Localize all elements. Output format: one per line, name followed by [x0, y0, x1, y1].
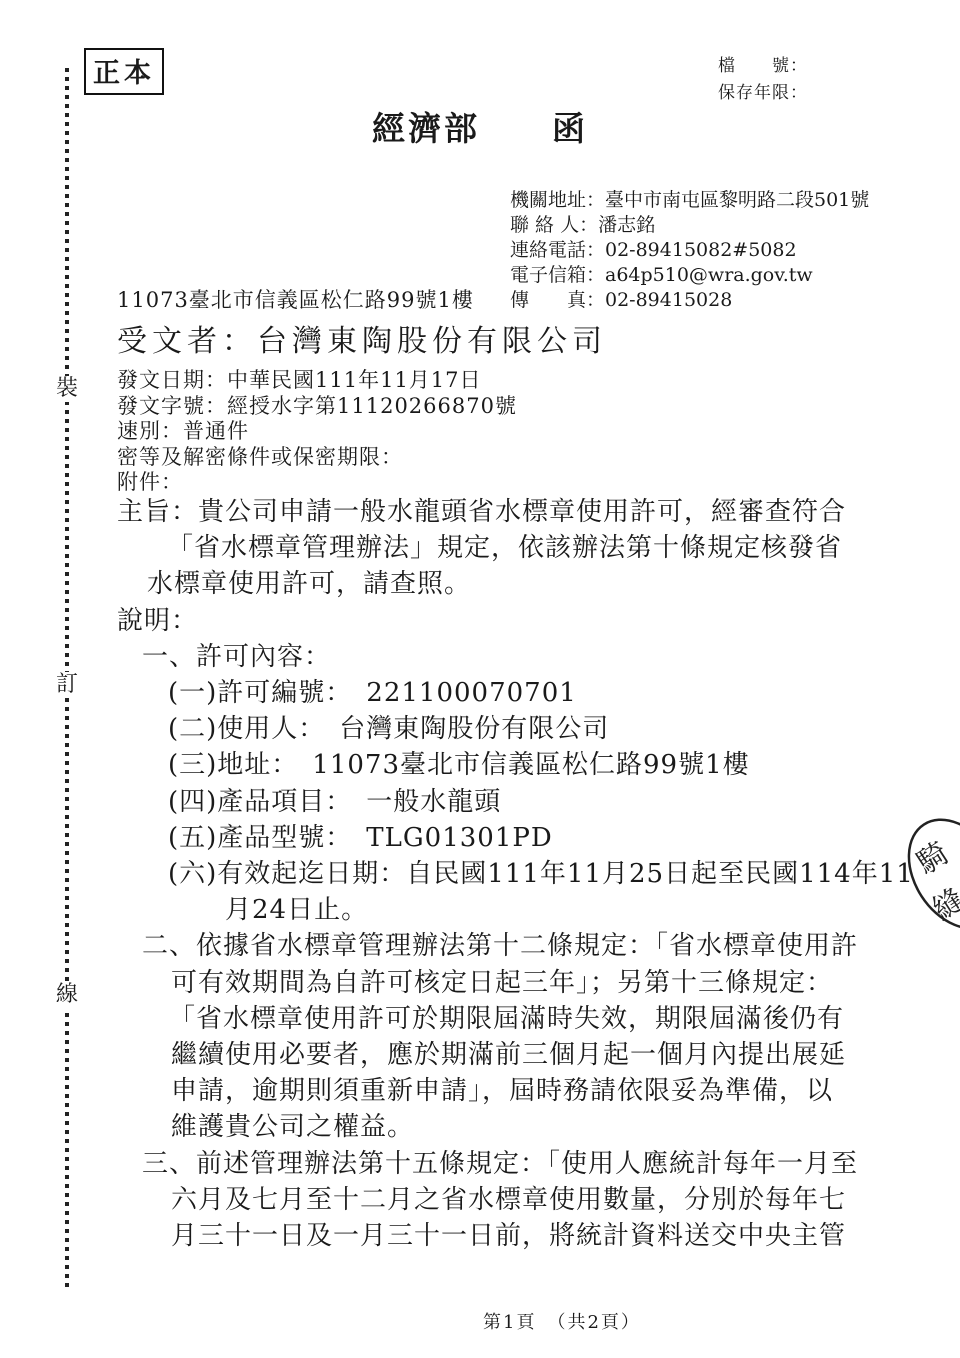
official-letter-page: 裝 訂 線 正本 檔 號： 保存年限： 經濟部 函 機關地址：臺中市南屯區黎明路…	[0, 0, 960, 1358]
explanation-line: 一、許可內容：	[142, 639, 857, 675]
binding-mark-zhuang: 裝	[54, 376, 80, 402]
security-classification: 密等及解密條件或保密期限：	[117, 445, 517, 471]
page-number-footer: 第1頁 （共2頁）	[483, 1308, 641, 1334]
seal-char-feng: 縫	[927, 882, 960, 928]
document-meta-block: 發文日期：中華民國111年11月17日 發文字號：經授水字第1112026687…	[117, 368, 517, 496]
explanation-line: 「省水標章使用許可於期限屆滿時失效，期限屆滿後仍有	[169, 1001, 857, 1037]
subject-line: 主旨：貴公司申請一般水龍頭省水標章使用許可，經審查符合	[117, 494, 857, 530]
binding-mark-ding: 訂	[54, 672, 80, 698]
explanation-line: 維護貴公司之權益。	[171, 1109, 857, 1145]
attachment-label: 附件：	[117, 470, 517, 496]
document-title: 經濟部 函	[0, 103, 960, 150]
binding-mark-xian: 線	[54, 982, 80, 1008]
explanation-line: 月三十一日及一月三十一日前，將統計資料送交中央主管	[171, 1218, 857, 1254]
subject-line: 「省水標章管理辦法」規定，依該辦法第十條規定核發省	[167, 530, 857, 566]
explanation-line: 繼續使用必要者，應於期滿前三個月起一個月內提出展延	[171, 1037, 857, 1073]
explanation-line: 可有效期間為自許可核定日起三年」；另第十三條規定：	[171, 965, 857, 1001]
original-copy-stamp: 正本	[84, 48, 164, 95]
letter-body: 主旨：貴公司申請一般水龍頭省水標章使用許可，經審查符合 「省水標章管理辦法」規定…	[117, 494, 857, 1254]
agency-fax: 傳 真：02-89415028	[510, 288, 869, 313]
priority-level: 速別：普通件	[117, 419, 517, 445]
explanation-heading: 說明：	[117, 603, 857, 639]
explanation-line: (二)使用人： 台灣東陶股份有限公司	[168, 711, 857, 747]
agency-email: 電子信箱：a64p510@wra.gov.tw	[510, 263, 869, 288]
explanation-line: (三)地址： 11073臺北市信義區松仁路99號1樓	[168, 747, 857, 783]
file-number-block: 檔 號： 保存年限：	[718, 53, 808, 107]
agency-address: 機關地址：臺中市南屯區黎明路二段501號	[510, 188, 869, 213]
explanation-line: (五)產品型號： TLG01301PD	[168, 820, 857, 856]
agency-contact-block: 機關地址：臺中市南屯區黎明路二段501號 聯 絡 人：潘志銘 連絡電話：02-8…	[510, 188, 869, 313]
explanation-line: 三、前述管理辦法第十五條規定：「使用人應統計每年一月至	[142, 1146, 857, 1182]
recipient-postal-address: 11073臺北市信義區松仁路99號1樓	[117, 284, 474, 314]
cross-page-seal-stamp: 騎 縫	[888, 812, 960, 940]
explanation-line: 二、依據省水標章管理辦法第十二條規定：「省水標章使用許	[142, 928, 857, 964]
explanation-line: (六)有效起迄日期：自民國111年11月25日起至民國114年11	[168, 856, 857, 892]
recipient-line: 受文者：台灣東陶股份有限公司	[117, 316, 607, 360]
document-number: 發文字號：經授水字第11120266870號	[117, 394, 517, 420]
explanation-line: 月24日止。	[225, 892, 857, 928]
seal-char-qi: 騎	[910, 836, 955, 882]
explanation-line: 六月及七月至十二月之省水標章使用數量，分別於每年七	[171, 1182, 857, 1218]
agency-contact-person: 聯 絡 人：潘志銘	[510, 213, 869, 238]
explanation-line: 申請，逾期則須重新申請」，屆時務請依限妥為準備，以	[171, 1073, 857, 1109]
subject-line: 水標章使用許可，請查照。	[147, 566, 857, 602]
issue-date: 發文日期：中華民國111年11月17日	[117, 368, 517, 394]
explanation-line: (四)產品項目： 一般水龍頭	[168, 784, 857, 820]
explanation-line: (一)許可編號： 221100070701	[168, 675, 857, 711]
agency-phone: 連絡電話：02-89415082#5082	[510, 238, 869, 263]
file-number-label: 檔 號：	[718, 53, 808, 80]
